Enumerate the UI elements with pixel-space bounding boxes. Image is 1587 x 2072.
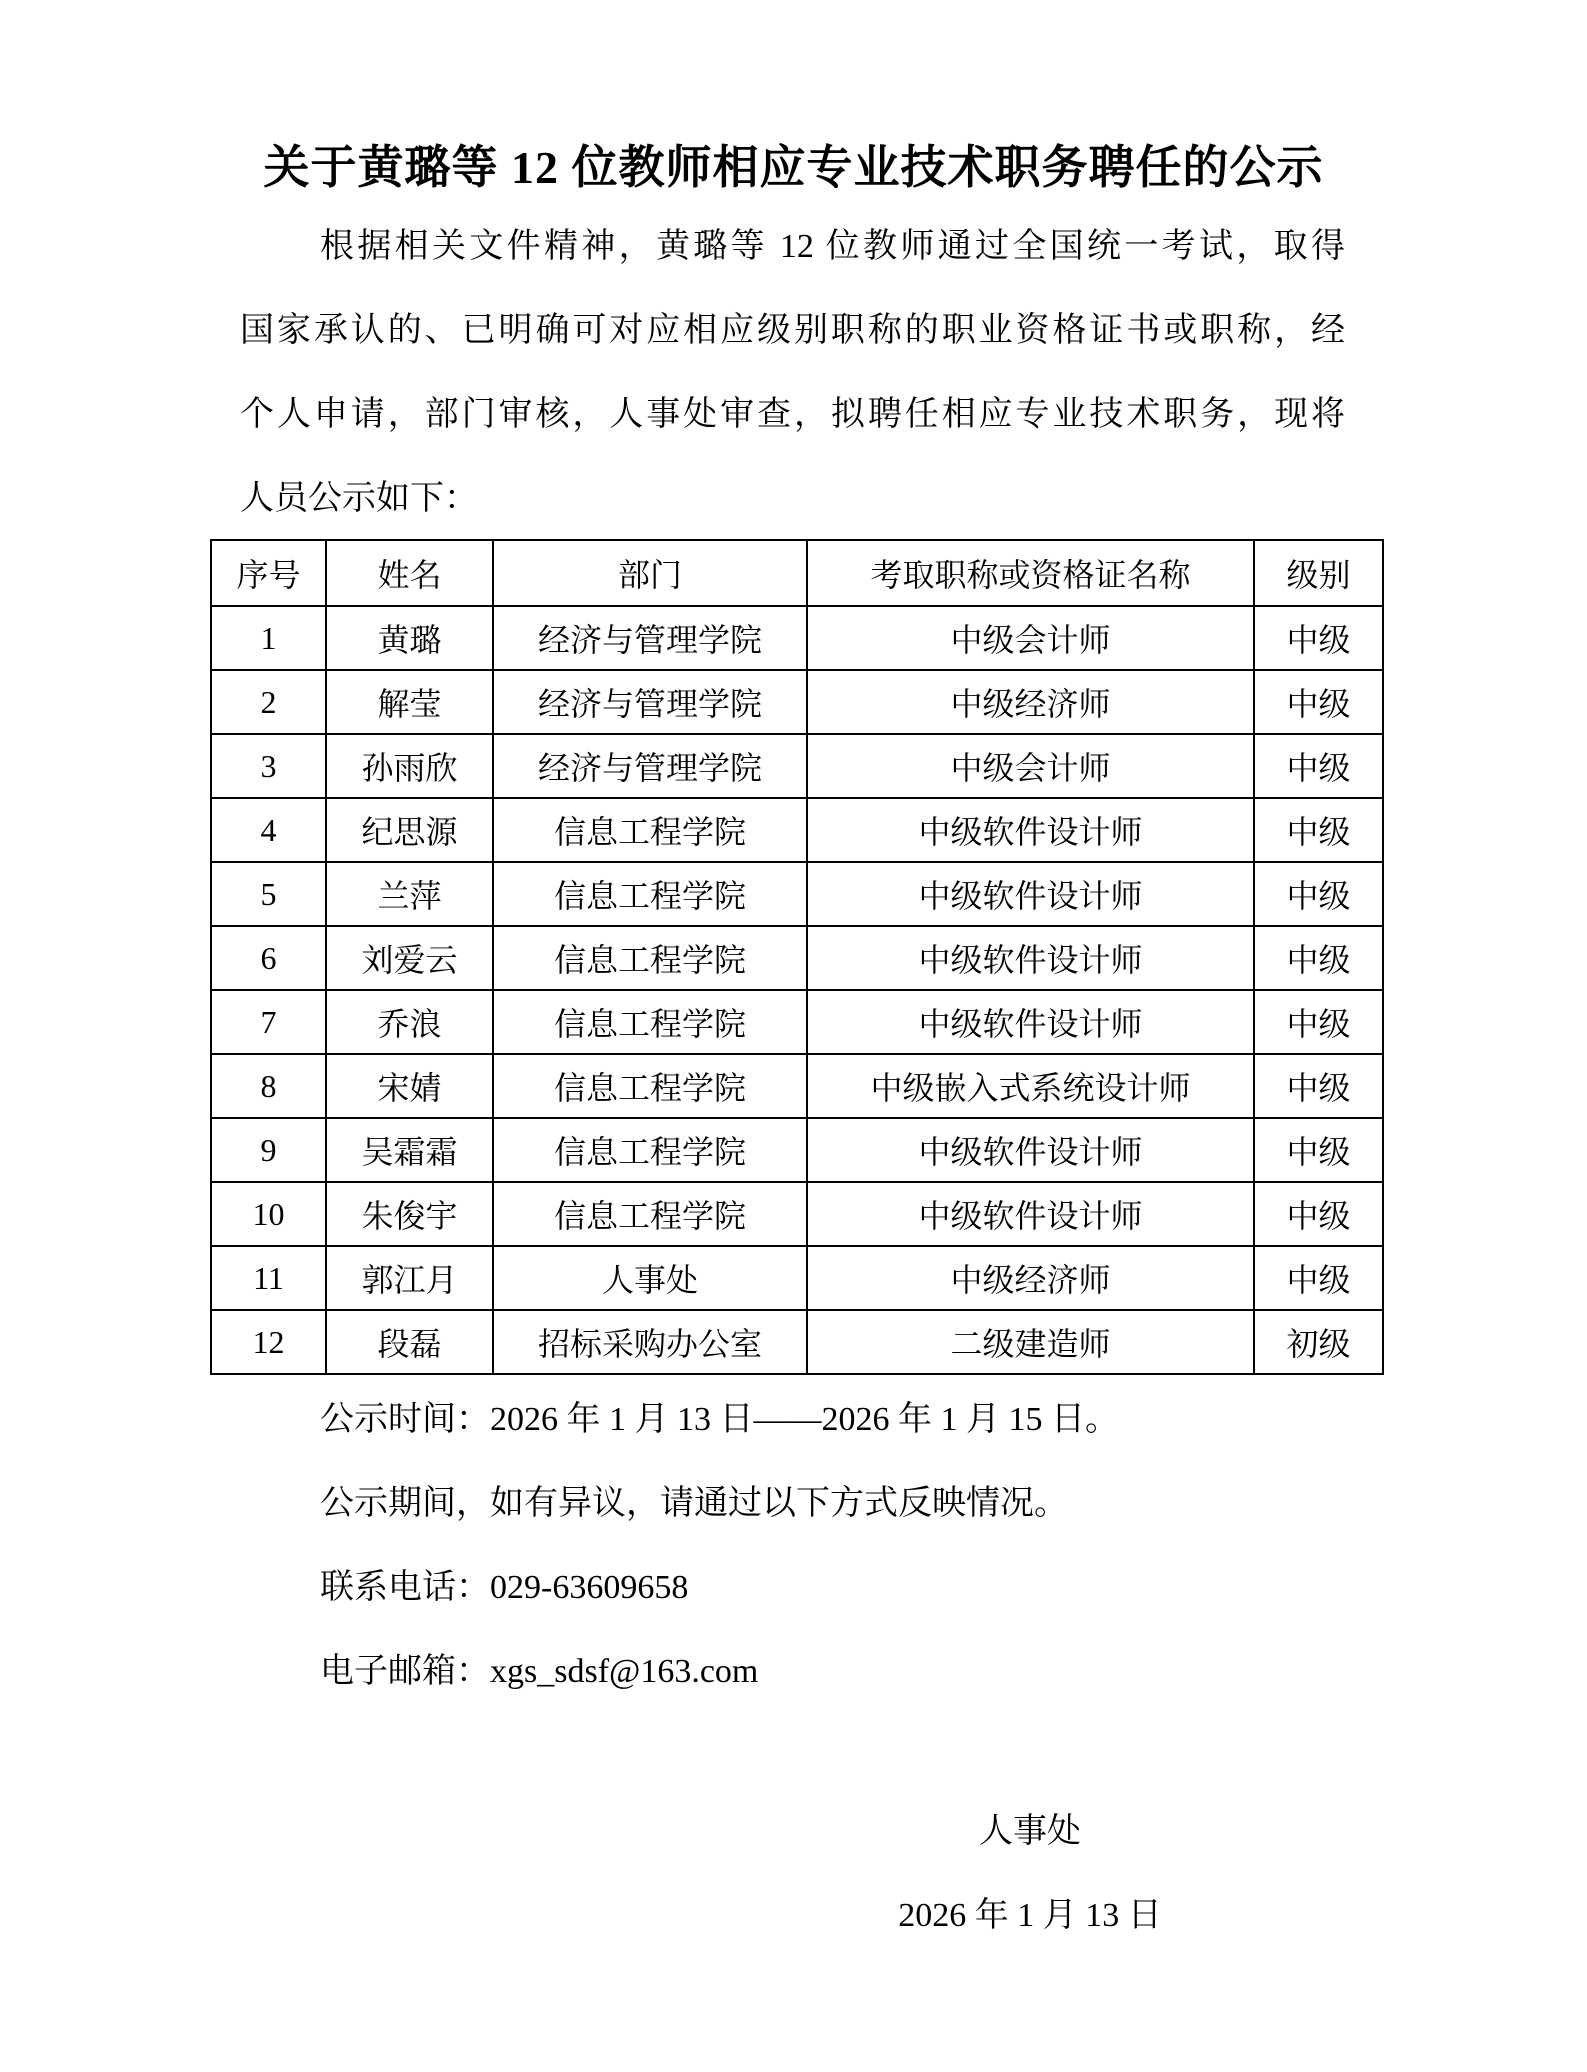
cell-index: 12 (211, 1310, 326, 1374)
cell-level: 中级 (1254, 606, 1383, 670)
table-header-row: 序号 姓名 部门 考取职称或资格证名称 级别 (211, 540, 1383, 606)
cell-certificate: 中级软件设计师 (807, 862, 1254, 926)
cell-certificate: 中级软件设计师 (807, 1182, 1254, 1246)
table-row: 9 吴霜霜 信息工程学院 中级软件设计师 中级 (211, 1118, 1383, 1182)
cell-department: 人事处 (493, 1246, 807, 1310)
cell-index: 5 (211, 862, 326, 926)
cell-level: 中级 (1254, 1246, 1383, 1310)
document-page: 关于黄璐等 12 位教师相应专业技术职务聘任的公示 根据相关文件精神，黄璐等 1… (0, 0, 1587, 2072)
cell-certificate: 中级软件设计师 (807, 798, 1254, 862)
cell-name: 刘爱云 (326, 926, 493, 990)
cell-level: 中级 (1254, 1182, 1383, 1246)
table-row: 2 解莹 经济与管理学院 中级经济师 中级 (211, 670, 1383, 734)
cell-certificate: 中级经济师 (807, 1246, 1254, 1310)
cell-index: 3 (211, 734, 326, 798)
cell-name: 宋婧 (326, 1054, 493, 1118)
cell-level: 中级 (1254, 798, 1383, 862)
cell-department: 信息工程学院 (493, 926, 807, 990)
cell-index: 6 (211, 926, 326, 990)
table-row: 3 孙雨欣 经济与管理学院 中级会计师 中级 (211, 734, 1383, 798)
paragraph-line: 根据相关文件精神，黄璐等 12 位教师通过全国统一考试，取得 (240, 205, 1345, 289)
contact-email-line: 电子邮箱：xgs_sdsf@163.com (240, 1630, 1400, 1714)
page-title: 关于黄璐等 12 位教师相应专业技术职务聘任的公示 (0, 138, 1587, 198)
cell-name: 解莹 (326, 670, 493, 734)
table-row: 11 郭江月 人事处 中级经济师 中级 (211, 1246, 1383, 1310)
contact-phone-line: 联系电话：029-63609658 (240, 1546, 1400, 1630)
cell-department: 信息工程学院 (493, 862, 807, 926)
cell-name: 纪思源 (326, 798, 493, 862)
cell-level: 初级 (1254, 1310, 1383, 1374)
cell-department: 经济与管理学院 (493, 606, 807, 670)
table-row: 10 朱俊宇 信息工程学院 中级软件设计师 中级 (211, 1182, 1383, 1246)
table-row: 12 段磊 招标采购办公室 二级建造师 初级 (211, 1310, 1383, 1374)
cell-name: 吴霜霜 (326, 1118, 493, 1182)
cell-level: 中级 (1254, 670, 1383, 734)
table-row: 1 黄璐 经济与管理学院 中级会计师 中级 (211, 606, 1383, 670)
column-header: 级别 (1254, 540, 1383, 606)
signature-department: 人事处 (640, 1790, 1420, 1874)
cell-department: 招标采购办公室 (493, 1310, 807, 1374)
cell-name: 兰萍 (326, 862, 493, 926)
paragraph-line: 个人申请，部门审核，人事处审查，拟聘任相应专业技术职务，现将 (240, 373, 1345, 457)
signature-block: 人事处 2026 年 1 月 13 日 (640, 1790, 1420, 1958)
cell-certificate: 中级会计师 (807, 606, 1254, 670)
cell-certificate: 二级建造师 (807, 1310, 1254, 1374)
cell-department: 经济与管理学院 (493, 734, 807, 798)
cell-name: 孙雨欣 (326, 734, 493, 798)
table-row: 5 兰萍 信息工程学院 中级软件设计师 中级 (211, 862, 1383, 926)
objection-instruction-line: 公示期间，如有异议，请通过以下方式反映情况。 (240, 1462, 1400, 1546)
cell-department: 信息工程学院 (493, 990, 807, 1054)
column-header: 考取职称或资格证名称 (807, 540, 1254, 606)
cell-certificate: 中级会计师 (807, 734, 1254, 798)
cell-department: 信息工程学院 (493, 1118, 807, 1182)
paragraph-line: 人员公示如下： (240, 457, 1345, 541)
column-header: 序号 (211, 540, 326, 606)
table-row: 8 宋婧 信息工程学院 中级嵌入式系统设计师 中级 (211, 1054, 1383, 1118)
cell-certificate: 中级软件设计师 (807, 1118, 1254, 1182)
column-header: 部门 (493, 540, 807, 606)
cell-index: 9 (211, 1118, 326, 1182)
table-row: 6 刘爱云 信息工程学院 中级软件设计师 中级 (211, 926, 1383, 990)
cell-index: 1 (211, 606, 326, 670)
table-row: 4 纪思源 信息工程学院 中级软件设计师 中级 (211, 798, 1383, 862)
column-header: 姓名 (326, 540, 493, 606)
appointment-table: 序号 姓名 部门 考取职称或资格证名称 级别 1 黄璐 经济与管理学院 中级会计… (210, 539, 1384, 1375)
cell-index: 8 (211, 1054, 326, 1118)
cell-level: 中级 (1254, 1054, 1383, 1118)
cell-department: 信息工程学院 (493, 1054, 807, 1118)
cell-index: 10 (211, 1182, 326, 1246)
cell-index: 2 (211, 670, 326, 734)
cell-level: 中级 (1254, 1118, 1383, 1182)
paragraph-line: 国家承认的、已明确可对应相应级别职称的职业资格证书或职称，经 (240, 289, 1345, 373)
cell-name: 郭江月 (326, 1246, 493, 1310)
cell-name: 乔浪 (326, 990, 493, 1054)
cell-department: 信息工程学院 (493, 798, 807, 862)
table-row: 7 乔浪 信息工程学院 中级软件设计师 中级 (211, 990, 1383, 1054)
cell-index: 7 (211, 990, 326, 1054)
cell-certificate: 中级嵌入式系统设计师 (807, 1054, 1254, 1118)
cell-level: 中级 (1254, 926, 1383, 990)
cell-certificate: 中级软件设计师 (807, 990, 1254, 1054)
cell-department: 信息工程学院 (493, 1182, 807, 1246)
publicity-period-line: 公示时间：2026 年 1 月 13 日——2026 年 1 月 15 日。 (240, 1378, 1400, 1462)
cell-level: 中级 (1254, 862, 1383, 926)
footer-notes: 公示时间：2026 年 1 月 13 日——2026 年 1 月 15 日。 公… (240, 1378, 1400, 1714)
cell-level: 中级 (1254, 990, 1383, 1054)
cell-name: 黄璐 (326, 606, 493, 670)
intro-paragraph: 根据相关文件精神，黄璐等 12 位教师通过全国统一考试，取得 国家承认的、已明确… (240, 205, 1345, 541)
cell-certificate: 中级经济师 (807, 670, 1254, 734)
cell-level: 中级 (1254, 734, 1383, 798)
cell-index: 11 (211, 1246, 326, 1310)
cell-department: 经济与管理学院 (493, 670, 807, 734)
cell-name: 段磊 (326, 1310, 493, 1374)
signature-date: 2026 年 1 月 13 日 (640, 1874, 1420, 1958)
cell-certificate: 中级软件设计师 (807, 926, 1254, 990)
cell-index: 4 (211, 798, 326, 862)
cell-name: 朱俊宇 (326, 1182, 493, 1246)
